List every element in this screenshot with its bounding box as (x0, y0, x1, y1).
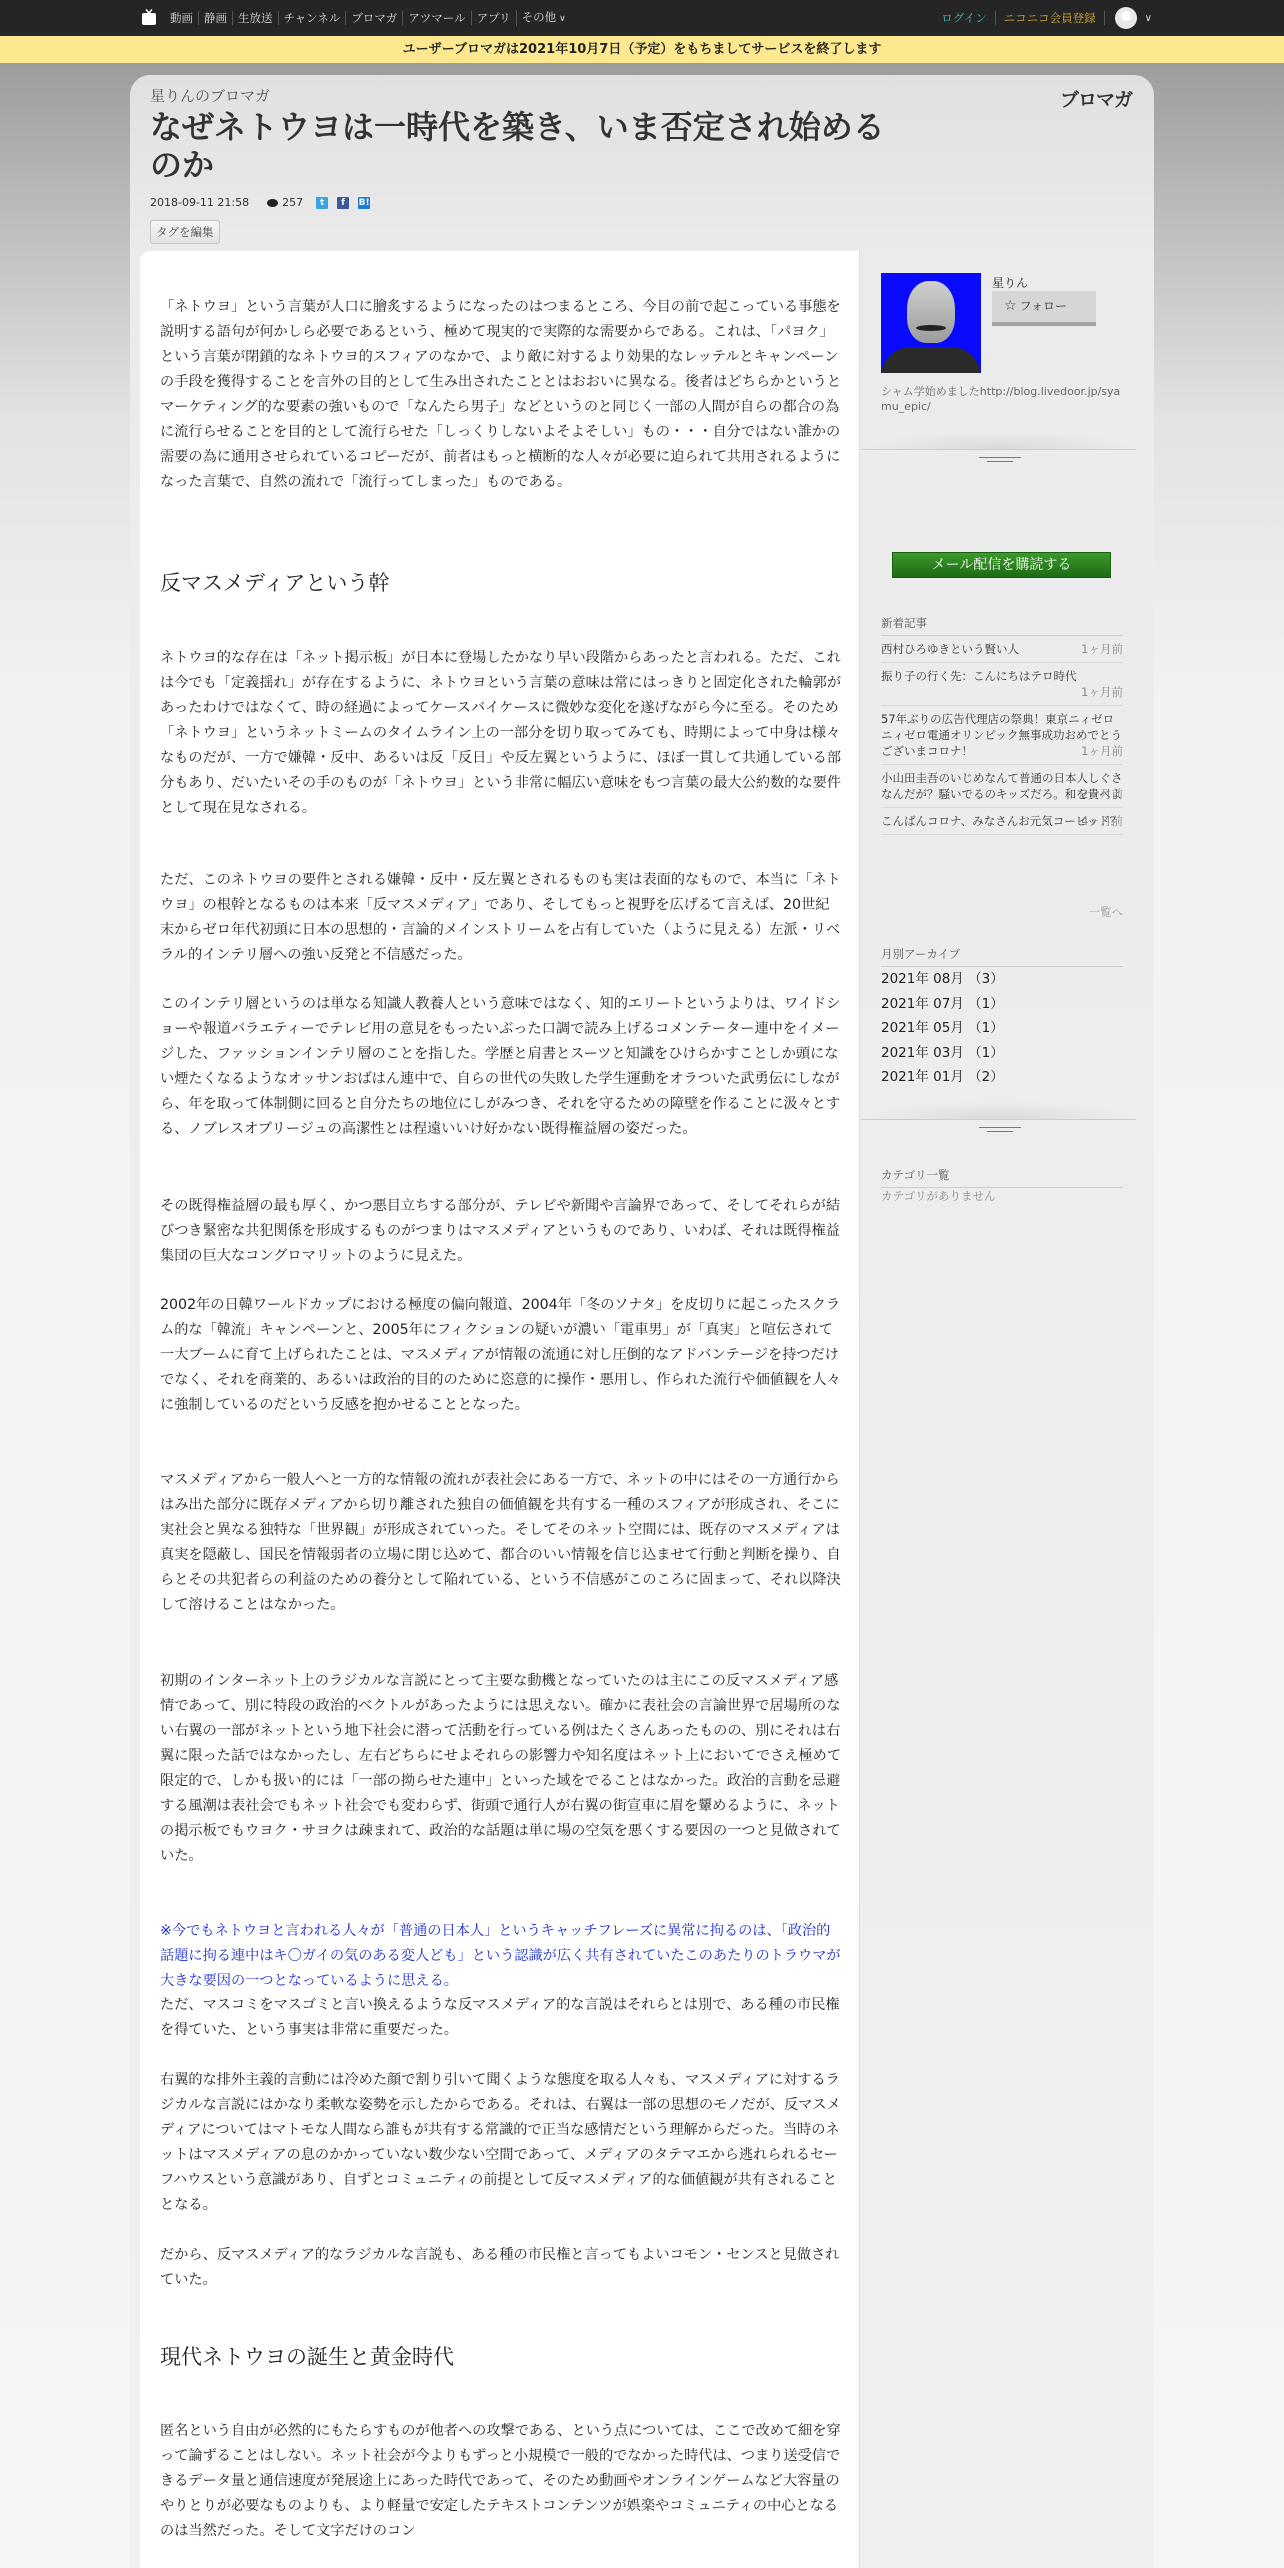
recent-article-item[interactable]: こんばんコロナ、みなさんお元気コービッド？ 4ヶ月前 (881, 808, 1123, 835)
section-heading: 反マスメディアという幹 (160, 571, 389, 596)
article-paragraph: 匿名という自由が必然的にもたらすものが他者への攻撃である、という点については、こ… (160, 2419, 842, 2544)
article-paragraph: ただ、このネトウヨの要件とされる嫌韓・反中・反左翼とされるものも実は表面的なもの… (160, 868, 842, 968)
nav-atsumaru[interactable]: アツマール (402, 11, 470, 25)
hatena-bookmark-icon[interactable]: B! (358, 197, 370, 209)
recent-article-title: 振り子の行く先：こんにちはテロ時代 (881, 668, 1123, 684)
article-paragraph: 「ネトウヨ」という言葉が人口に膾炙するようになったのはつまるところ、今目の前で起… (160, 295, 842, 495)
profile-description: シャム学始めましたhttp://blog.livedoor.jp/syamu_e… (881, 384, 1121, 414)
article-paragraph: 初期のインターネット上のラジカルな言説にとって主要な動機となっていたのは主にこの… (160, 1669, 842, 1869)
follow-button[interactable]: ☆フォロー (992, 291, 1096, 326)
chevron-down-icon: ∨ (1145, 13, 1152, 24)
article-paragraph: このインテリ層というのは単なる知識人教養人という意味ではなく、知的エリートという… (160, 992, 842, 1142)
top-nav-bar: 動画 静画 生放送 チャンネル ブロマガ アツマール アプリ その他∨ ログイン… (0, 0, 1284, 36)
article-meta: 2018-09-11 21:58 257 t f B! (150, 196, 370, 209)
article-paragraph: だから、反マスメディア的なラジカルな言説も、ある種の市民権と言ってもよいコモン・… (160, 2243, 842, 2293)
nav-seiga[interactable]: 静画 (198, 11, 232, 25)
blog-name[interactable]: 星りんのブロマガ (150, 85, 270, 106)
account-area: ログイン ニコニコ会員登録 ∨ (933, 0, 1152, 36)
nav-more[interactable]: その他∨ (516, 10, 571, 26)
article-paragraph: その既得権益層の最も厚く、かつ悪目立ちする部分が、テレビや新聞や言論界であって、… (160, 1194, 842, 1269)
profile-avatar[interactable] (881, 273, 981, 373)
article-paragraph: ネトウヨ的な存在は「ネット掲示板」が日本に登場したかなり早い段階からあったと言わ… (160, 646, 842, 821)
recent-articles-title: 新着記事 (881, 615, 1123, 636)
article-paragraph: 2002年の日韓ワールドカップにおける極度の偏向報道、2004年「冬のソナタ」を… (160, 1293, 842, 1418)
service-nav: 動画 静画 生放送 チャンネル ブロマガ アツマール アプリ その他∨ (166, 0, 571, 36)
recent-article-item[interactable]: 小山田圭吾のいじめなんて普通の日本人しぐさなんだが？騒いでるのキッズだろ。和を貴… (881, 765, 1123, 808)
divider-mark (979, 1127, 1021, 1133)
recent-article-age: 1ヶ月前 (881, 684, 1123, 700)
niconico-tv-icon[interactable] (141, 9, 157, 26)
archive-title: 月別アーカイブ (881, 946, 1123, 967)
category-title: カテゴリ一覧 (881, 1167, 1123, 1188)
facebook-share-icon[interactable]: f (337, 197, 349, 209)
user-menu-button[interactable]: ∨ (1115, 7, 1152, 29)
nav-blomaga[interactable]: ブロマガ (345, 11, 402, 25)
comment-count[interactable]: 257 (282, 196, 303, 209)
login-link[interactable]: ログイン (933, 11, 995, 25)
divider (861, 1119, 1136, 1120)
blomaga-logo[interactable]: ブロマガ (1060, 85, 1132, 112)
archive-item[interactable]: 2021年 08月 （3） (881, 967, 1123, 992)
chevron-down-icon: ∨ (559, 12, 566, 26)
archive-item[interactable]: 2021年 03月 （1） (881, 1041, 1123, 1066)
archive-item[interactable]: 2021年 01月 （2） (881, 1065, 1123, 1090)
article-paragraph: マスメディアから一般人へと一方的な情報の流れが表社会にある一方で、ネットの中には… (160, 1468, 842, 1618)
divider-shadow (861, 431, 1136, 449)
follow-label: フォロー (1020, 299, 1067, 313)
nav-live[interactable]: 生放送 (232, 11, 278, 25)
nav-channel[interactable]: チャンネル (278, 11, 346, 25)
profile-mustache (916, 325, 946, 331)
article: 「ネトウヨ」という言葉が人口に膾炙するようになったのはつまるところ、今目の前で起… (140, 251, 860, 2568)
service-end-notice: ユーザーブロマガは2021年10月7日（予定）をもちましてサービスを終了します (0, 36, 1284, 63)
no-category-text: カテゴリがありません (881, 1188, 996, 1204)
divider-mark (979, 457, 1021, 463)
archive-item[interactable]: 2021年 05月 （1） (881, 1016, 1123, 1041)
post-date: 2018-09-11 21:58 (150, 196, 249, 209)
recent-article-item[interactable]: 57年ぶりの広告代理店の祭典！東京ニィゼロニィゼロ電通オリンピック無事成功おめで… (881, 706, 1123, 765)
avatar-icon (1115, 7, 1137, 29)
recent-articles-list: 西村ひろゆきという賢い人 1ヶ月前 振り子の行く先：こんにちはテロ時代 1ヶ月前… (881, 636, 1123, 835)
page-title: なぜネトウヨは一時代を築き、いま否定され始めるのか (150, 108, 910, 184)
star-icon: ☆ (1004, 298, 1017, 314)
page-container: 星りんのブロマガ ブロマガ なぜネトウヨは一時代を築き、いま否定され始めるのか … (130, 75, 1154, 2568)
nav-more-label: その他 (522, 10, 557, 24)
recent-article-item[interactable]: 西村ひろゆきという賢い人 1ヶ月前 (881, 636, 1123, 663)
article-paragraph: 右翼的な排外主義的言動には冷めた顔で割り引いて聞くような態度を取る人々も、マスメ… (160, 2068, 842, 2218)
subscribe-mail-button[interactable]: メール配信を購読する (892, 552, 1111, 578)
see-all-link[interactable]: 一覧へ (1089, 904, 1124, 920)
article-note: ※今でもネトウヨと言われる人々が「普通の日本人」というキャッチフレーズに異常に拘… (160, 1919, 842, 1994)
recent-article-age: 1ヶ月前 (1081, 641, 1123, 657)
profile-name[interactable]: 星りん (992, 274, 1028, 291)
archive-item[interactable]: 2021年 07月 （1） (881, 992, 1123, 1017)
edit-tags-button[interactable]: タグを編集 (150, 220, 220, 244)
twitter-share-icon[interactable]: t (316, 197, 328, 209)
divider (861, 449, 1136, 450)
archive-list: 2021年 08月 （3） 2021年 07月 （1） 2021年 05月 （1… (881, 967, 1123, 1090)
nav-video[interactable]: 動画 (166, 11, 198, 25)
register-link[interactable]: ニコニコ会員登録 (996, 11, 1105, 25)
profile-uniform (881, 347, 981, 373)
comment-icon (267, 199, 278, 207)
divider-shadow (861, 1101, 1136, 1119)
article-paragraph: ただ、マスコミをマスゴミと言い換えるような反マスメディア的な言説はそれらとは別で… (160, 1993, 842, 2043)
nav-app[interactable]: アプリ (471, 11, 516, 25)
profile-face (907, 281, 955, 343)
recent-article-item[interactable]: 振り子の行く先：こんにちはテロ時代 1ヶ月前 (881, 663, 1123, 706)
section-heading: 現代ネトウヨの誕生と黄金時代 (160, 2345, 454, 2370)
